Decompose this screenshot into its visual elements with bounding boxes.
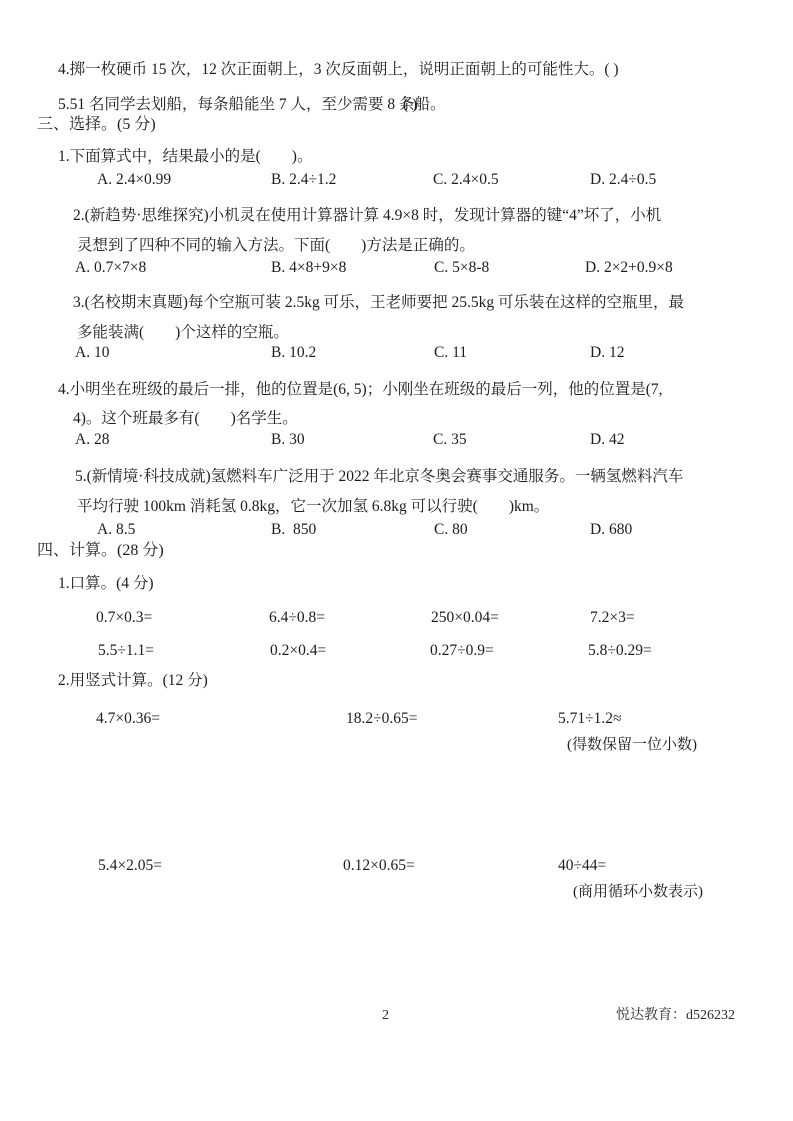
section-three-header: 三、选择。(5 分) [37, 115, 156, 135]
vertical-calc-item: 5.4×2.05= [98, 856, 162, 876]
choice-q2-stem-line2: 灵想到了四种不同的输入方法。下面( )方法是正确的。 [77, 236, 475, 256]
vertical-calc-row-1: 4.7×0.36= 18.2÷0.65= 5.71÷1.2≈ [0, 709, 793, 729]
oral-calc-item: 0.27÷0.9= [430, 641, 494, 661]
judgment-question-4: 4.掷一枚硬币 15 次，12 次正面朝上，3 次反面朝上，说明正面朝上的可能性… [58, 60, 619, 80]
choice-q1-option-d: D. 2.4÷0.5 [590, 170, 656, 190]
choice-q2-stem-line1: 2.(新趋势·思维探究)小机灵在使用计算器计算 4.9×8 时，发现计算器的键“… [73, 206, 661, 226]
choice-q4-option-d: D. 42 [590, 430, 624, 450]
exam-paper-page: 4.掷一枚硬币 15 次，12 次正面朝上，3 次反面朝上，说明正面朝上的可能性… [0, 0, 793, 1121]
choice-q1-option-a: A. 2.4×0.99 [97, 170, 171, 190]
oral-calc-item: 0.7×0.3= [96, 608, 152, 628]
choice-q3-stem-line2: 多能装满( )个这样的空瓶。 [77, 323, 289, 343]
brand-watermark: 悦达教育：d526232 [616, 1006, 735, 1026]
choice-q1-option-c: C. 2.4×0.5 [433, 170, 499, 190]
choice-q5-option-c: C. 80 [434, 520, 468, 540]
vertical-calc-item: 40÷44= [558, 856, 606, 876]
choice-q5-options-row: A. 8.5 B. 850 C. 80 D. 680 [0, 520, 793, 540]
oral-calc-label: 1.口算。(4 分) [58, 574, 154, 594]
choice-q1-options-row: A. 2.4×0.99 B. 2.4÷1.2 C. 2.4×0.5 D. 2.4… [0, 170, 793, 190]
oral-calc-item: 7.2×3= [590, 608, 635, 628]
page-number: 2 [382, 1006, 389, 1026]
vertical-calc-item: 0.12×0.65= [343, 856, 415, 876]
judgment-question-5-answer-bracket: ( ) [403, 95, 417, 115]
choice-q3-stem-line1: 3.(名校期末真题)每个空瓶可装 2.5kg 可乐，王老师要把 25.5kg 可… [73, 293, 684, 313]
oral-calc-item: 6.4÷0.8= [269, 608, 325, 628]
choice-q4-option-c: C. 35 [433, 430, 467, 450]
choice-q4-stem-line2: 4)。这个班最多有( )名学生。 [73, 409, 298, 429]
choice-q2-options-row: A. 0.7×7×8 B. 4×8+9×8 C. 5×8-8 D. 2×2+0.… [0, 258, 793, 278]
choice-q1-stem: 1.下面算式中，结果最小的是( )。 [58, 147, 312, 167]
choice-q5-option-d: D. 680 [590, 520, 632, 540]
choice-q2-option-a: A. 0.7×7×8 [75, 258, 146, 278]
oral-calc-item: 0.2×0.4= [270, 641, 326, 661]
oral-calc-row-2: 5.5÷1.1= 0.2×0.4= 0.27÷0.9= 5.8÷0.29= [0, 641, 793, 661]
choice-q3-option-c: C. 11 [434, 343, 467, 363]
oral-calc-item: 5.5÷1.1= [98, 641, 154, 661]
choice-q2-option-c: C. 5×8-8 [434, 258, 489, 278]
vertical-calc-note-1: (得数保留一位小数) [567, 735, 697, 755]
vertical-calc-row-2: 5.4×2.05= 0.12×0.65= 40÷44= [0, 856, 793, 876]
vertical-calc-item: 5.71÷1.2≈ [558, 709, 622, 729]
choice-q5-stem-line2: 平均行驶 100km 消耗氢 0.8kg，它一次加氢 6.8kg 可以行驶( )… [77, 497, 549, 517]
oral-calc-item: 5.8÷0.29= [588, 641, 652, 661]
choice-q4-options-row: A. 28 B. 30 C. 35 D. 42 [0, 430, 793, 450]
choice-q4-option-b: B. 30 [271, 430, 305, 450]
choice-q5-option-b: B. 850 [271, 520, 316, 540]
choice-q1-option-b: B. 2.4÷1.2 [271, 170, 336, 190]
choice-q3-option-a: A. 10 [75, 343, 109, 363]
oral-calc-item: 250×0.04= [431, 608, 499, 628]
choice-q2-option-d: D. 2×2+0.9×8 [585, 258, 673, 278]
choice-q4-stem-line1: 4.小明坐在班级的最后一排，他的位置是(6, 5)；小刚坐在班级的最后一列，他的… [58, 380, 663, 400]
choice-q5-stem-line1: 5.(新情境·科技成就)氢燃料车广泛用于 2022 年北京冬奥会赛事交通服务。一… [75, 467, 683, 487]
oral-calc-row-1: 0.7×0.3= 6.4÷0.8= 250×0.04= 7.2×3= [0, 608, 793, 628]
choice-q3-option-d: D. 12 [590, 343, 624, 363]
choice-q4-option-a: A. 28 [75, 430, 109, 450]
vertical-calc-item: 4.7×0.36= [96, 709, 160, 729]
choice-q2-option-b: B. 4×8+9×8 [271, 258, 346, 278]
judgment-question-5: 5.51 名同学去划船，每条船能坐 7 人，至少需要 8 条船。 ( ) [0, 95, 793, 115]
judgment-question-5-text: 5.51 名同学去划船，每条船能坐 7 人，至少需要 8 条船。 [58, 95, 446, 115]
vertical-calc-note-2: (商用循环小数表示) [573, 882, 703, 902]
choice-q3-option-b: B. 10.2 [271, 343, 316, 363]
choice-q5-option-a: A. 8.5 [97, 520, 135, 540]
vertical-calc-item: 18.2÷0.65= [346, 709, 418, 729]
vertical-calc-label: 2.用竖式计算。(12 分) [58, 671, 208, 691]
section-four-header: 四、计算。(28 分) [37, 541, 164, 561]
choice-q3-options-row: A. 10 B. 10.2 C. 11 D. 12 [0, 343, 793, 363]
